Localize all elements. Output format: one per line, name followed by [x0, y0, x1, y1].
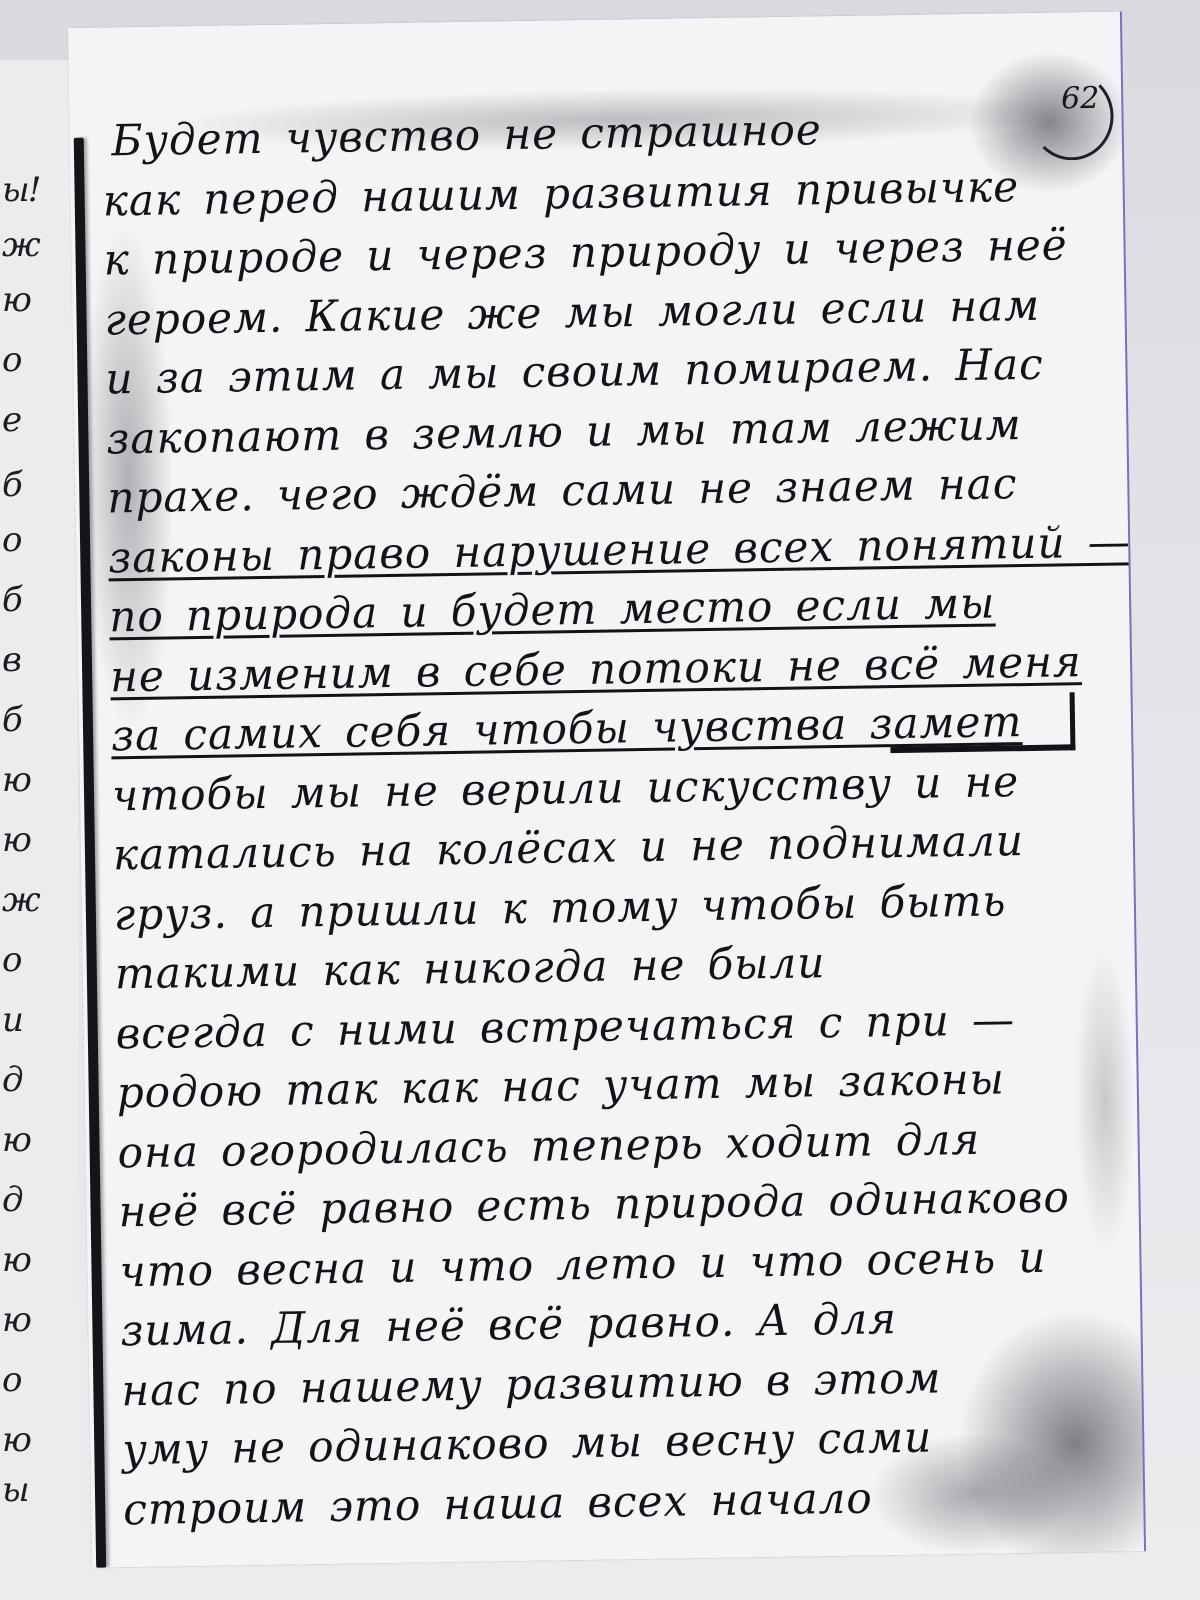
adjacent-fragment: ы!	[2, 170, 39, 210]
adjacent-fragment: ю	[2, 760, 30, 800]
document-sheet: 62 Будет чувство не страшное как перед н…	[68, 11, 1144, 1567]
adjacent-fragment: ж	[2, 880, 39, 920]
adjacent-page-strip: ы! ж ю о е б о б в б ю ю ж о и д ю д ю ю…	[0, 60, 78, 1600]
adjacent-fragment: ж	[2, 225, 39, 265]
adjacent-fragment: ю	[2, 1420, 30, 1460]
adjacent-fragment: б	[2, 700, 21, 740]
adjacent-fragment: б	[2, 580, 21, 620]
adjacent-fragment: ю	[2, 1240, 30, 1280]
adjacent-fragment: ю	[2, 280, 30, 320]
adjacent-fragment: е	[2, 400, 20, 440]
adjacent-fragment: д	[2, 1060, 22, 1100]
adjacent-fragment: ю	[2, 1300, 30, 1340]
adjacent-fragment: и	[2, 1000, 22, 1040]
adjacent-fragment: о	[2, 340, 20, 380]
handwritten-text-body: Будет чувство не страшное как перед наши…	[101, 97, 1083, 1540]
adjacent-fragment: о	[2, 940, 20, 980]
adjacent-fragment: б	[2, 465, 21, 505]
adjacent-fragment: в	[2, 640, 20, 680]
page-number-text: 62	[1061, 81, 1100, 117]
adjacent-fragment: ю	[2, 820, 30, 860]
photocopy-area: 62 Будет чувство не страшное как перед н…	[69, 52, 1122, 1518]
adjacent-fragment: ы	[2, 1470, 28, 1510]
adjacent-fragment: д	[2, 1180, 22, 1220]
adjacent-fragment: ю	[2, 1120, 30, 1160]
adjacent-fragment: о	[2, 1360, 20, 1400]
adjacent-fragment: о	[2, 520, 20, 560]
toner-smudge	[1073, 951, 1138, 1252]
